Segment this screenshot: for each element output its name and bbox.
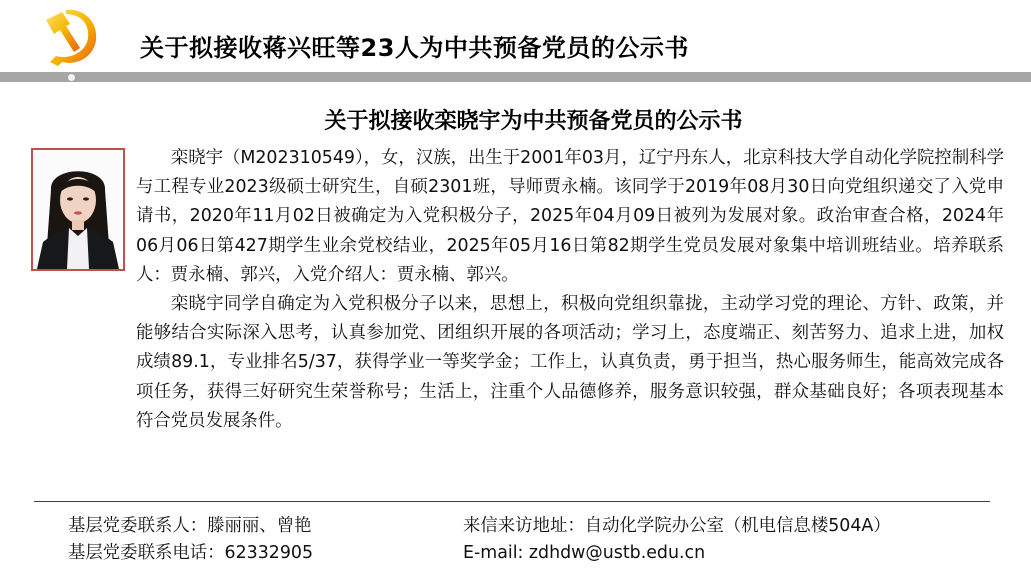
contact-person: 基层党委联系人：滕丽丽、曾艳 bbox=[68, 513, 313, 540]
footer-contacts: 基层党委联系人：滕丽丽、曾艳 基层党委联系电话：62332905 bbox=[68, 513, 313, 567]
paragraph-performance: 栾晓宇同学自确定为入党积极分子以来，思想上，积极向党组织靠拢，主动学习党的理论、… bbox=[136, 290, 1004, 436]
candidate-photo bbox=[31, 148, 125, 271]
contact-phone: 基层党委联系电话：62332905 bbox=[68, 540, 313, 567]
visit-address: 来信来访地址：自动化学院办公室（机电信息楼504A） bbox=[463, 513, 891, 540]
portrait-image bbox=[33, 150, 123, 269]
party-emblem-icon bbox=[36, 4, 104, 68]
document-body: 栾晓宇（M202310549），女，汉族，出生于2001年03月，辽宁丹东人，北… bbox=[136, 144, 1004, 436]
footer-address: 来信来访地址：自动化学院办公室（机电信息楼504A） E-mail: zdhdw… bbox=[463, 513, 891, 567]
header-divider-bar bbox=[0, 72, 1031, 82]
footer-divider bbox=[34, 501, 990, 502]
document-title: 关于拟接收栾晓宇为中共预备党员的公示书 bbox=[0, 104, 1031, 135]
bar-dot-decoration bbox=[68, 74, 75, 81]
paragraph-profile: 栾晓宇（M202310549），女，汉族，出生于2001年03月，辽宁丹东人，北… bbox=[136, 144, 1004, 290]
contact-email[interactable]: E-mail: zdhdw@ustb.edu.cn bbox=[463, 540, 891, 567]
header-title: 关于拟接收蒋兴旺等23人为中共预备党员的公示书 bbox=[140, 28, 689, 63]
